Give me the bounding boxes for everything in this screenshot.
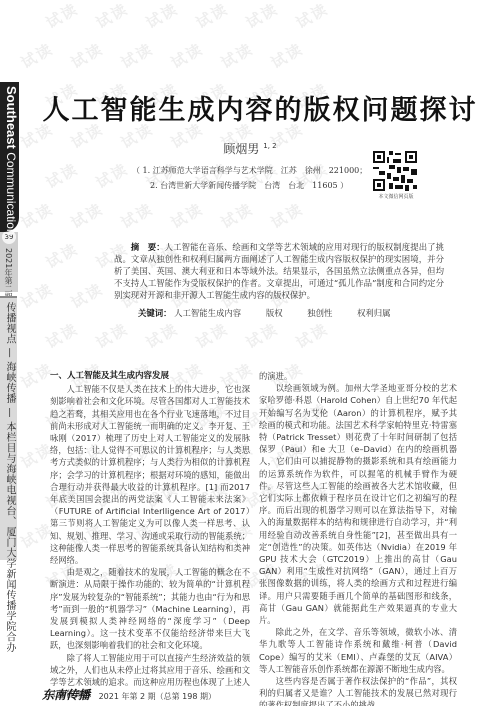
- watermark-text: 试读: [92, 158, 132, 193]
- keywords-label: 关键词：: [138, 308, 172, 318]
- abstract-label: 摘 要：: [131, 242, 165, 252]
- journal-brand: Southeast Communication: [0, 86, 19, 236]
- issue-label: 2021年第二期: [3, 248, 14, 300]
- watermark-text: 试读: [242, 0, 282, 33]
- page-footer: 东南传播 2021 年第 2 期（总第 198 期）: [42, 686, 216, 703]
- paragraph: 的演进。: [259, 370, 457, 382]
- watermark-text: 试读: [67, 38, 107, 73]
- watermark-text: 试读: [67, 198, 107, 233]
- affiliation-2: 2. 台湾世新大学新闻传播学院 台湾 台北 11605 ）: [132, 178, 372, 193]
- keyword: 版权: [266, 308, 283, 318]
- watermark-text: 试读: [67, 278, 107, 313]
- qr-code-icon[interactable]: [373, 151, 417, 191]
- journal-name: 东南传播: [42, 688, 90, 702]
- affiliation-1: （ 1. 江苏师范大学语言科学与艺术学院 江苏 徐州 221000；: [132, 163, 372, 178]
- paragraph: 人工智能不仅是人类在技术上的伟大进步，它也深刻影响着社会和文化环境。尽管各国都对…: [50, 383, 250, 566]
- watermark-text: 试读: [167, 198, 207, 233]
- watermark-text: 试读: [292, 0, 332, 33]
- article-title: 人工智能生成内容的版权问题探讨: [40, 88, 480, 127]
- watermark-text: 试读: [117, 198, 157, 233]
- keywords: 关键词： 人工智能生成内容 版权 独创性 权利归属: [138, 307, 458, 319]
- affiliations: （ 1. 江苏师范大学语言科学与艺术学院 江苏 徐州 221000； 2. 台湾…: [132, 163, 372, 193]
- body-column-left: 一、人工智能及其生成内容发展 人工智能不仅是人类在技术上的伟大进步，它也深刻影响…: [50, 370, 250, 700]
- watermark-text: 试读: [142, 0, 182, 33]
- watermark-text: 试读: [267, 198, 307, 233]
- watermark-text: 试读: [42, 0, 82, 33]
- column-side-tab: 传播视点 — 海峡传播 — 本栏目与海峡电视台、厦门大学新闻传播学院合办: [0, 296, 17, 560]
- watermark-text: 试读: [17, 38, 57, 73]
- qr-caption: 本文微信网页版: [368, 193, 424, 200]
- keyword: 权利归属: [357, 308, 391, 318]
- paragraph: 这些内容是否属于著作权法保护的“作品”，其权利的归属者又是谁？人工智能技术的发展…: [259, 675, 457, 706]
- issue-side-tab: 39 2021年第二期: [0, 232, 18, 292]
- watermark-text: 试读: [192, 318, 232, 353]
- watermark-text: 试读: [217, 38, 257, 73]
- section-heading: 一、人工智能及其生成内容发展: [50, 370, 250, 382]
- article-author: 顾烟男 1, 2: [200, 140, 300, 157]
- watermark-text: 试读: [242, 318, 282, 353]
- watermark-text: 试读: [267, 38, 307, 73]
- watermark-text: 试读: [42, 238, 82, 273]
- watermark-text: 试读: [142, 318, 182, 353]
- watermark-text: 试读: [167, 38, 207, 73]
- watermark-text: 试读: [42, 158, 82, 193]
- watermark-text: 试读: [292, 318, 332, 353]
- footer-issue: 2021 年第 2 期（总第 198 期）: [99, 692, 216, 701]
- column-label: 传播视点 — 海峡传播 — 本栏目与海峡电视台、厦门大学新闻传播学院合办: [2, 302, 17, 653]
- watermark-text: 试读: [192, 0, 232, 33]
- paragraph: 由是观之，随着技术的发展，人工智能的概念在不断演进：从局限于操作功能的、较为简单…: [50, 566, 250, 651]
- watermark-text: 试读: [92, 0, 132, 33]
- watermark-text: 试读: [42, 318, 82, 353]
- watermark-text: 试读: [17, 278, 57, 313]
- paragraph: 除此之外，在文学、音乐等领域，微软小冰、清华九歌等人工智能诗作系统和戴维·柯普（…: [259, 626, 457, 675]
- watermark-text: 试读: [117, 38, 157, 73]
- journal-side-tab: Southeast Communication: [0, 82, 19, 232]
- keyword: 人工智能生成内容: [174, 308, 241, 318]
- paragraph: 以绘画领域为例。加州大学圣地亚哥分校的艺术家哈罗德·科恩（Harold Cohe…: [259, 382, 457, 626]
- abstract: 摘 要：人工智能在音乐、绘画和文学等艺术领域的应用对现行的版权制度提出了挑战。文…: [114, 241, 444, 301]
- body-column-right: 的演进。 以绘画领域为例。加州大学圣地亚哥分校的艺术家哈罗德·科恩（Harold…: [259, 370, 457, 706]
- watermark-text: 试读: [217, 198, 257, 233]
- watermark-text: 试读: [17, 198, 57, 233]
- watermark-text: 试读: [92, 318, 132, 353]
- keyword: 独创性: [307, 308, 332, 318]
